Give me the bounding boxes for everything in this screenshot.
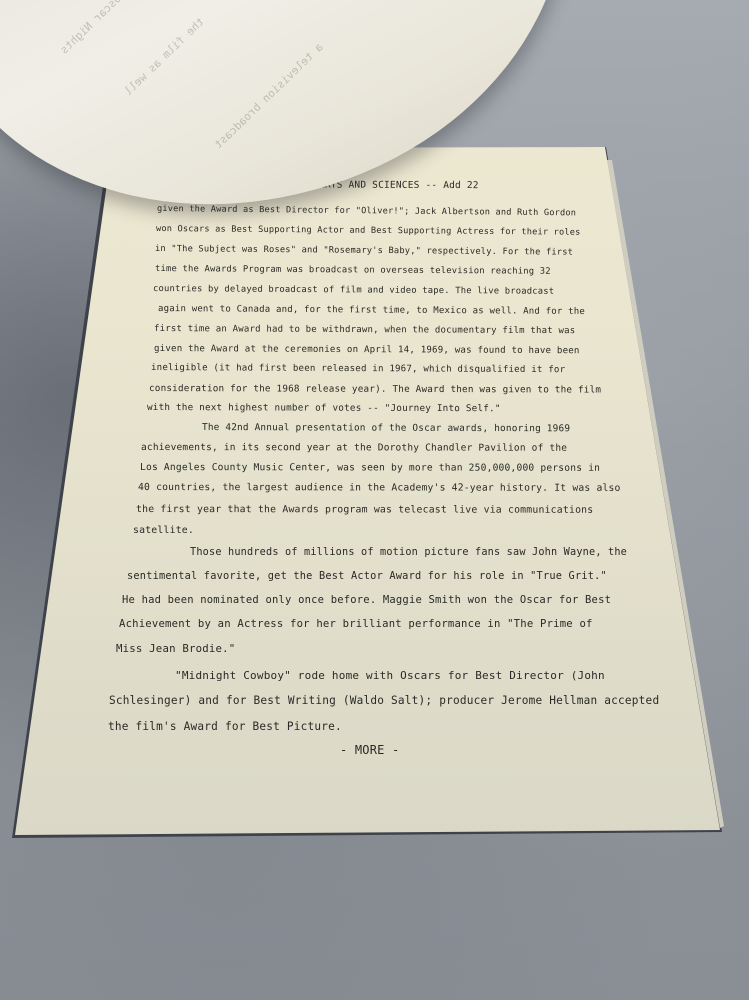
body-text-line: He had been nominated only once before. … — [122, 594, 611, 606]
body-text-line: sentimental favorite, get the Best Actor… — [127, 570, 607, 582]
body-text-line: "Midnight Cowboy" rode home with Oscars … — [175, 669, 605, 682]
body-text-line: with the next highest number of votes --… — [147, 402, 501, 414]
body-text-line: satellite. — [133, 525, 194, 536]
body-text-line: Miss Jean Brodie." — [116, 642, 235, 655]
show-through-text: a television broadcast — [212, 41, 326, 152]
body-text-line: consideration for the 1968 release year)… — [149, 383, 601, 396]
more-footer: - MORE - — [340, 743, 399, 757]
body-text-line: the film's Award for Best Picture. — [108, 720, 342, 733]
body-text-line: Los Angeles County Music Center, was see… — [140, 462, 600, 474]
body-text-line: Those hundreds of millions of motion pic… — [190, 547, 627, 558]
body-text-line: the first year that the Awards program w… — [136, 504, 593, 516]
show-through-text: the film as well — [122, 15, 207, 98]
body-text-line: Achievement by an Actress for her brilli… — [119, 618, 593, 630]
body-text-line: achievements, in its second year at the … — [141, 442, 567, 454]
body-text-line: The 42nd Annual presentation of the Osca… — [202, 422, 570, 434]
body-text-line: 40 countries, the largest audience in th… — [138, 482, 621, 494]
body-text-line: Schlesinger) and for Best Writing (Waldo… — [109, 694, 659, 707]
show-through-text: 1969 Oscar Nights — [58, 0, 148, 57]
